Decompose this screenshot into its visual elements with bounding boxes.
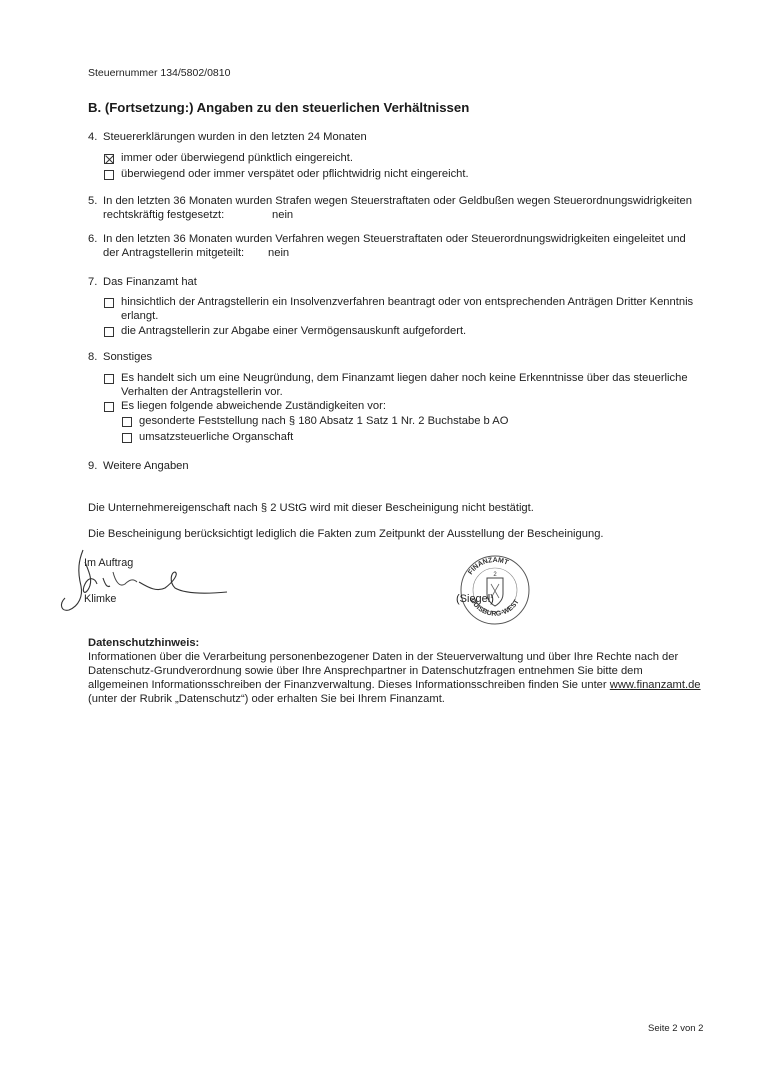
privacy-text: (unter der Rubrik „Datenschutz“) oder er… bbox=[88, 693, 445, 706]
privacy-text: allgemeinen Informationsschreiben der Fi… bbox=[88, 679, 701, 692]
page-number: Seite 2 von 2 bbox=[648, 1022, 703, 1035]
item-text: Sonstiges bbox=[103, 351, 152, 364]
checkbox-asset-disclosure[interactable] bbox=[104, 327, 114, 337]
checkbox-label: Verhalten der Antragstellerin vor. bbox=[121, 386, 283, 399]
tax-number: Steuernummer 134/5802/0810 bbox=[88, 67, 230, 80]
checkbox-label: die Antragstellerin zur Abgabe einer Ver… bbox=[121, 325, 466, 338]
item-number: 5. bbox=[88, 195, 97, 208]
item-number: 8. bbox=[88, 351, 97, 364]
item-value: nein bbox=[268, 247, 289, 260]
item-text: Steuererklärungen wurden in den letzten … bbox=[103, 131, 367, 144]
checkbox-label: hinsichtlich der Antragstellerin ein Ins… bbox=[121, 296, 693, 309]
checkbox-on-time[interactable] bbox=[104, 154, 114, 164]
item-text: Das Finanzamt hat bbox=[103, 276, 197, 289]
checkbox-separate-assessment[interactable] bbox=[122, 417, 132, 427]
checkbox-deviating-competence[interactable] bbox=[104, 402, 114, 412]
checkbox-label: gesonderte Feststellung nach § 180 Absat… bbox=[139, 415, 508, 428]
item-text: In den letzten 36 Monaten wurden Verfahr… bbox=[103, 233, 686, 246]
item-text: rechtskräftig festgesetzt: bbox=[103, 209, 224, 222]
note-facts: Die Bescheinigung berücksichtigt ledigli… bbox=[88, 528, 604, 541]
privacy-text: Datenschutz-Grundverordnung sowie über I… bbox=[88, 665, 643, 678]
checkbox-label: überwiegend oder immer verspätet oder pf… bbox=[121, 168, 469, 181]
privacy-text: Informationen über die Verarbeitung pers… bbox=[88, 651, 678, 664]
item-number: 7. bbox=[88, 276, 97, 289]
seal-label: (Siegel) bbox=[456, 593, 494, 606]
checkbox-insolvency[interactable] bbox=[104, 298, 114, 308]
handwritten-signature-icon bbox=[55, 548, 235, 618]
item-number: 4. bbox=[88, 131, 97, 144]
checkbox-label: Es handelt sich um eine Neugründung, dem… bbox=[121, 372, 688, 385]
seal-icon: 2 FINANZAMT DUISBURG-WEST bbox=[455, 552, 535, 628]
section-title: B. (Fortsetzung:) Angaben zu den steuerl… bbox=[88, 101, 469, 114]
checkbox-late[interactable] bbox=[104, 170, 114, 180]
privacy-title: Datenschutzhinweis: bbox=[88, 637, 199, 650]
svg-text:FINANZAMT: FINANZAMT bbox=[467, 557, 510, 576]
finanzamt-link[interactable]: www.finanzamt.de bbox=[610, 679, 701, 691]
item-number: 6. bbox=[88, 233, 97, 246]
checkbox-label: umsatzsteuerliche Organschaft bbox=[139, 431, 293, 444]
checkbox-vat-group[interactable] bbox=[122, 433, 132, 443]
seal-ring-top: FINANZAMT bbox=[467, 557, 510, 576]
checkbox-label: erlangt. bbox=[121, 310, 158, 323]
item-text: Weitere Angaben bbox=[103, 460, 189, 473]
note-entrepreneur: Die Unternehmereigenschaft nach § 2 UStG… bbox=[88, 502, 534, 515]
checkbox-label: Es liegen folgende abweichende Zuständig… bbox=[121, 400, 386, 413]
checkbox-label: immer oder überwiegend pünktlich eingere… bbox=[121, 152, 353, 165]
item-value: nein bbox=[272, 209, 293, 222]
seal-number: 2 bbox=[493, 572, 497, 578]
item-number: 9. bbox=[88, 460, 97, 473]
checkbox-new-founding[interactable] bbox=[104, 374, 114, 384]
privacy-text-part: allgemeinen Informationsschreiben der Fi… bbox=[88, 679, 610, 691]
item-text: In den letzten 36 Monaten wurden Strafen… bbox=[103, 195, 692, 208]
item-text: der Antragstellerin mitgeteilt: bbox=[103, 247, 244, 260]
